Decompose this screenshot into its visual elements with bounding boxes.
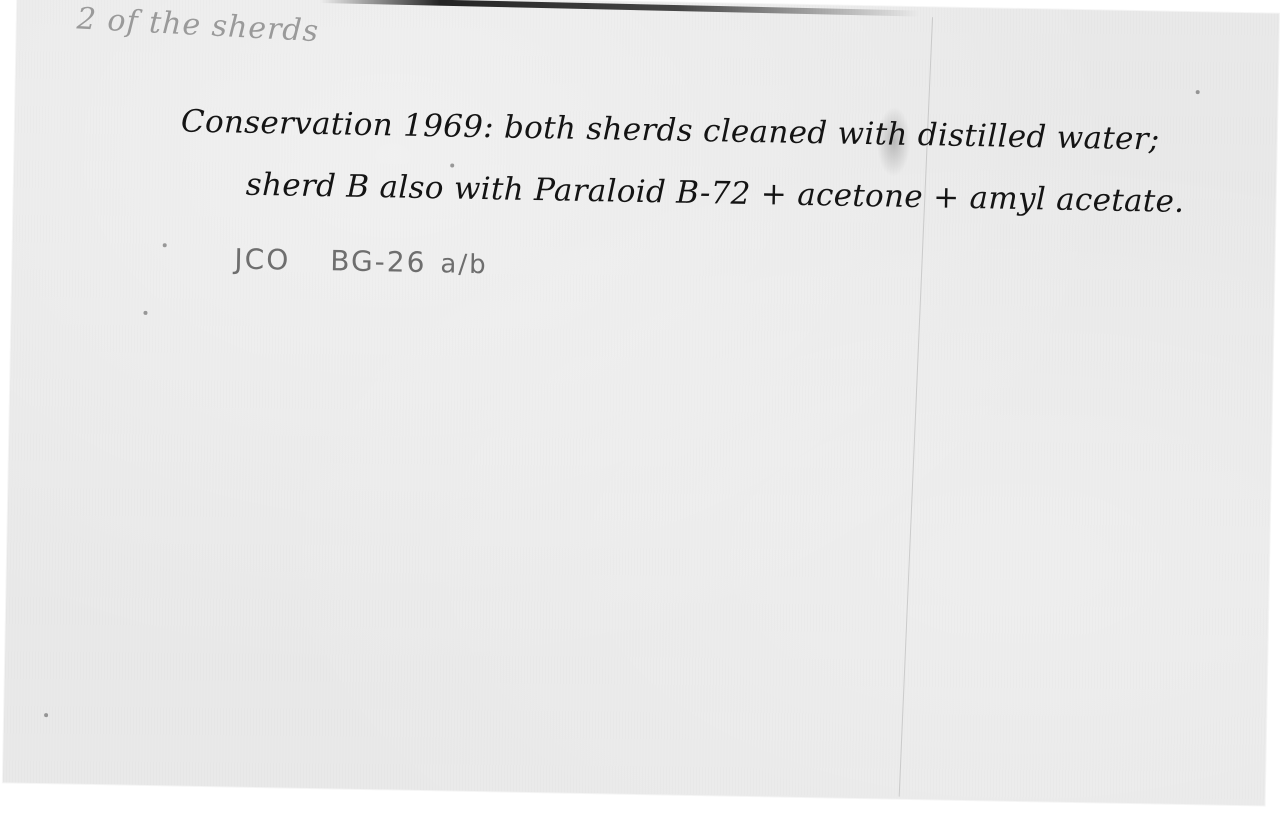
conservation-note-line-1: Conservation 1969: both sherds cleaned w…: [181, 104, 1160, 158]
paper-speck: [1196, 90, 1200, 94]
scanned-card-page: 2 of the sherds Conservation 1969: both …: [0, 0, 1280, 819]
paper-speck: [163, 243, 167, 247]
conservation-note-line-2: sherd B also with Paraloid B-72 + aceton…: [246, 167, 1185, 220]
pencil-header-note: 2 of the sherds: [76, 1, 320, 49]
paper-speck: [44, 713, 48, 717]
paper-speck: [143, 311, 147, 315]
paper-speck: [450, 163, 454, 167]
index-card: 2 of the sherds Conservation 1969: both …: [3, 0, 1279, 805]
initials: JCO: [234, 243, 290, 277]
catalog-number: BG-26: [330, 244, 427, 279]
catalog-suffix: a/b: [440, 249, 488, 280]
catalog-reference: JCOBG-26a/b: [234, 243, 488, 281]
